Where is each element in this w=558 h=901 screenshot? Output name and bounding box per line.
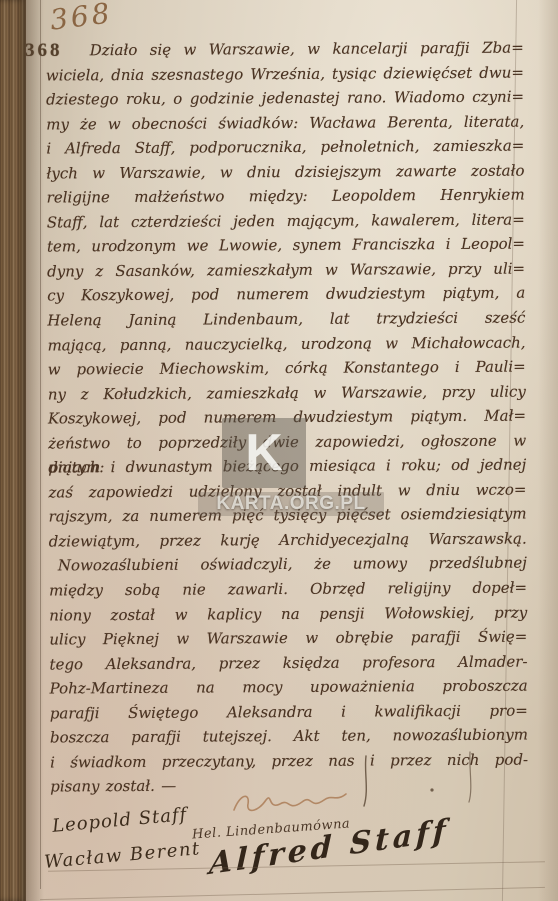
ink-marks <box>0 0 558 901</box>
scanned-register-page: 368 368 Działo się w Warszawie, w kancel… <box>0 0 558 901</box>
